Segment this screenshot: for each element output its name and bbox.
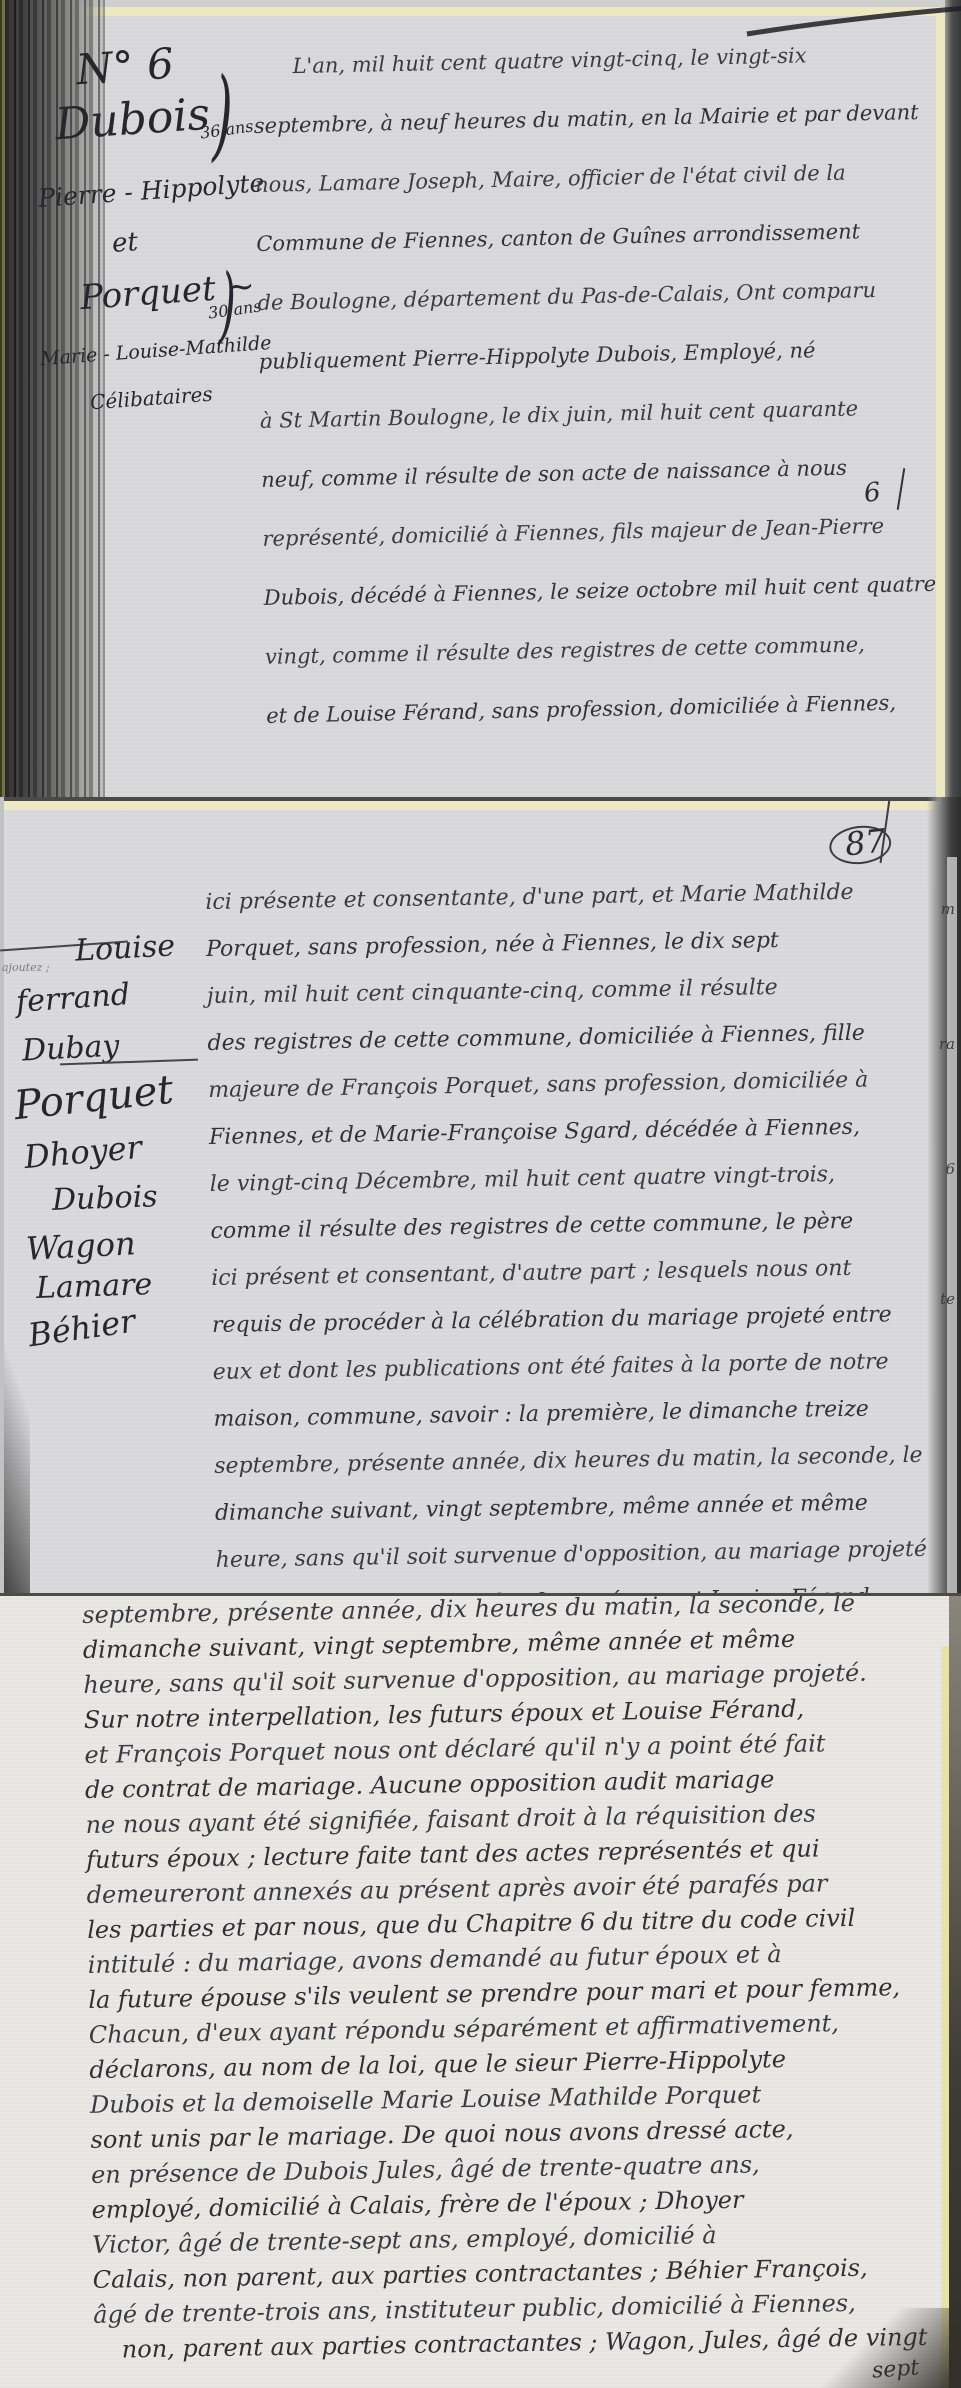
edge-text-fragment: m (941, 900, 955, 918)
groom-surname: Dubois (53, 89, 211, 151)
signature-louise: Louise (74, 928, 176, 968)
signature-lamare: Lamare (35, 1267, 152, 1306)
scan-fragment-middle: 87 ajoutez ; Louise ferrand Dubay Porque… (0, 797, 961, 1593)
margin-note: ajoutez ; (2, 961, 50, 974)
scanned-marriage-record: N° 6 Dubois 36 ans ) Pierre - Hippolyte … (0, 0, 961, 2388)
signature-dubois: Dubois (51, 1179, 158, 1218)
signature-behier: Béhier (26, 1302, 138, 1355)
signature-ferrand: ferrand (15, 977, 131, 1020)
marginal-figure-note: 6 (862, 477, 882, 509)
edge-text-fragment: te (940, 1290, 955, 1308)
catchword: sept (871, 2355, 920, 2383)
margin-brace-groom: ) (212, 64, 233, 165)
signature-wagon: Wagon (25, 1224, 136, 1268)
act-text-page1: L'an, mil huit cent quatre vingt-cinq, l… (252, 23, 961, 746)
civil-status-note: Célibataires (89, 382, 213, 414)
act-text-page2: ici présente et consentante, d'une part,… (205, 867, 956, 1593)
scan-fragment-top: N° 6 Dubois 36 ans ) Pierre - Hippolyte … (0, 0, 961, 797)
signature-dhoyer: Dhoyer (23, 1128, 144, 1176)
binding-shadow (0, 1323, 30, 1593)
record-number: N° 6 (74, 39, 175, 95)
edge-text-fragment: ra (939, 1035, 955, 1053)
edge-text-fragment: 6 (945, 1160, 955, 1178)
page-number-mark: 87 (826, 809, 912, 875)
page-border-top (0, 801, 935, 810)
act-text-page3: septembre, présente année, dix heures du… (82, 1593, 961, 2368)
margin-conjunction: et (111, 227, 139, 259)
page-edge-left (0, 797, 4, 1593)
signature-porquet: Porquet (12, 1067, 176, 1129)
scan-fragment-bottom: septembre, présente année, dix heures du… (0, 1593, 961, 2388)
